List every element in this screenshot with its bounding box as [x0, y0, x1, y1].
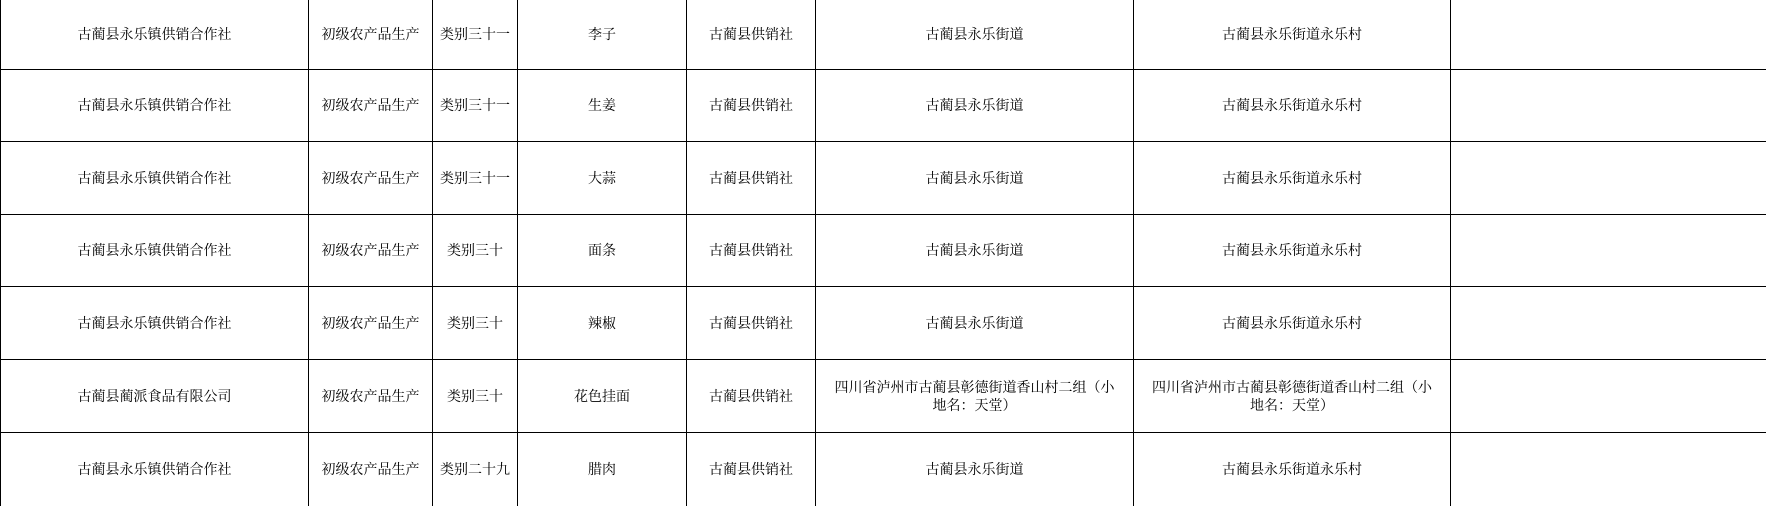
table-cell-type: 初级农产品生产 — [309, 286, 433, 359]
table-cell-village: 古蔺县永乐街道永乐村 — [1134, 432, 1451, 506]
table-cell-empty — [1451, 359, 1766, 432]
table-cell-street: 古蔺县永乐街道 — [816, 0, 1134, 69]
table-cell-product: 生姜 — [518, 69, 687, 141]
table-cell-org: 古蔺县供销社 — [687, 214, 816, 286]
table-cell-village: 古蔺县永乐街道永乐村 — [1134, 0, 1451, 69]
table-cell-company: 古蔺县永乐镇供销合作社 — [1, 0, 309, 69]
table-cell-street: 古蔺县永乐街道 — [816, 141, 1134, 214]
table-cell-empty — [1451, 0, 1766, 69]
table-cell-village: 古蔺县永乐街道永乐村 — [1134, 214, 1451, 286]
table-cell-type: 初级农产品生产 — [309, 432, 433, 506]
table-cell-village: 四川省泸州市古蔺县彰德街道香山村二组（小地名：天堂） — [1134, 359, 1451, 432]
table-cell-product: 辣椒 — [518, 286, 687, 359]
table-row: 古蔺县永乐镇供销合作社 初级农产品生产 类别三十 面条 古蔺县供销社 古蔺县永乐… — [1, 214, 1766, 286]
table-row: 古蔺县蔺派食品有限公司 初级农产品生产 类别三十 花色挂面 古蔺县供销社 四川省… — [1, 359, 1766, 432]
table-cell-street: 古蔺县永乐街道 — [816, 432, 1134, 506]
table-cell-company: 古蔺县永乐镇供销合作社 — [1, 286, 309, 359]
table-cell-type: 初级农产品生产 — [309, 0, 433, 69]
table-cell-category: 类别三十一 — [433, 141, 518, 214]
data-table: 古蔺县永乐镇供销合作社 初级农产品生产 类别三十一 李子 古蔺县供销社 古蔺县永… — [0, 0, 1766, 506]
table-cell-empty — [1451, 432, 1766, 506]
table-cell-org: 古蔺县供销社 — [687, 141, 816, 214]
table-row: 古蔺县永乐镇供销合作社 初级农产品生产 类别三十一 生姜 古蔺县供销社 古蔺县永… — [1, 69, 1766, 141]
table-row: 古蔺县永乐镇供销合作社 初级农产品生产 类别三十一 大蒜 古蔺县供销社 古蔺县永… — [1, 141, 1766, 214]
table-row: 古蔺县永乐镇供销合作社 初级农产品生产 类别三十一 李子 古蔺县供销社 古蔺县永… — [1, 0, 1766, 69]
table-cell-type: 初级农产品生产 — [309, 69, 433, 141]
table-cell-org: 古蔺县供销社 — [687, 69, 816, 141]
table-cell-product: 大蒜 — [518, 141, 687, 214]
table-cell-org: 古蔺县供销社 — [687, 286, 816, 359]
table-cell-village: 古蔺县永乐街道永乐村 — [1134, 141, 1451, 214]
table-cell-product: 腊肉 — [518, 432, 687, 506]
table-cell-company: 古蔺县永乐镇供销合作社 — [1, 214, 309, 286]
table-cell-company: 古蔺县永乐镇供销合作社 — [1, 141, 309, 214]
table-cell-empty — [1451, 69, 1766, 141]
table-cell-empty — [1451, 214, 1766, 286]
table-cell-category: 类别三十一 — [433, 0, 518, 69]
table-cell-category: 类别三十 — [433, 214, 518, 286]
table-cell-type: 初级农产品生产 — [309, 141, 433, 214]
table-viewport: 古蔺县永乐镇供销合作社 初级农产品生产 类别三十一 李子 古蔺县供销社 古蔺县永… — [0, 0, 1766, 506]
table-cell-type: 初级农产品生产 — [309, 359, 433, 432]
table-cell-category: 类别三十一 — [433, 69, 518, 141]
address-text: 四川省泸州市古蔺县彰德街道香山村二组（小地名：天堂） — [829, 378, 1121, 414]
table-cell-category: 类别二十九 — [433, 432, 518, 506]
table-cell-street: 古蔺县永乐街道 — [816, 214, 1134, 286]
table-cell-org: 古蔺县供销社 — [687, 359, 816, 432]
table-cell-type: 初级农产品生产 — [309, 214, 433, 286]
table-row: 古蔺县永乐镇供销合作社 初级农产品生产 类别三十 辣椒 古蔺县供销社 古蔺县永乐… — [1, 286, 1766, 359]
table-cell-product: 花色挂面 — [518, 359, 687, 432]
table-cell-category: 类别三十 — [433, 359, 518, 432]
table-cell-street: 古蔺县永乐街道 — [816, 69, 1134, 141]
table-cell-product: 李子 — [518, 0, 687, 69]
table-cell-company: 古蔺县永乐镇供销合作社 — [1, 432, 309, 506]
table-cell-empty — [1451, 286, 1766, 359]
table-row: 古蔺县永乐镇供销合作社 初级农产品生产 类别二十九 腊肉 古蔺县供销社 古蔺县永… — [1, 432, 1766, 506]
table-cell-category: 类别三十 — [433, 286, 518, 359]
address-text: 四川省泸州市古蔺县彰德街道香山村二组（小地名：天堂） — [1146, 378, 1438, 414]
table-cell-village: 古蔺县永乐街道永乐村 — [1134, 69, 1451, 141]
table-cell-street: 四川省泸州市古蔺县彰德街道香山村二组（小地名：天堂） — [816, 359, 1134, 432]
table-cell-org: 古蔺县供销社 — [687, 0, 816, 69]
table-cell-product: 面条 — [518, 214, 687, 286]
table-cell-street: 古蔺县永乐街道 — [816, 286, 1134, 359]
table-cell-company: 古蔺县蔺派食品有限公司 — [1, 359, 309, 432]
table-cell-empty — [1451, 141, 1766, 214]
table-cell-village: 古蔺县永乐街道永乐村 — [1134, 286, 1451, 359]
table-cell-org: 古蔺县供销社 — [687, 432, 816, 506]
table-cell-company: 古蔺县永乐镇供销合作社 — [1, 69, 309, 141]
